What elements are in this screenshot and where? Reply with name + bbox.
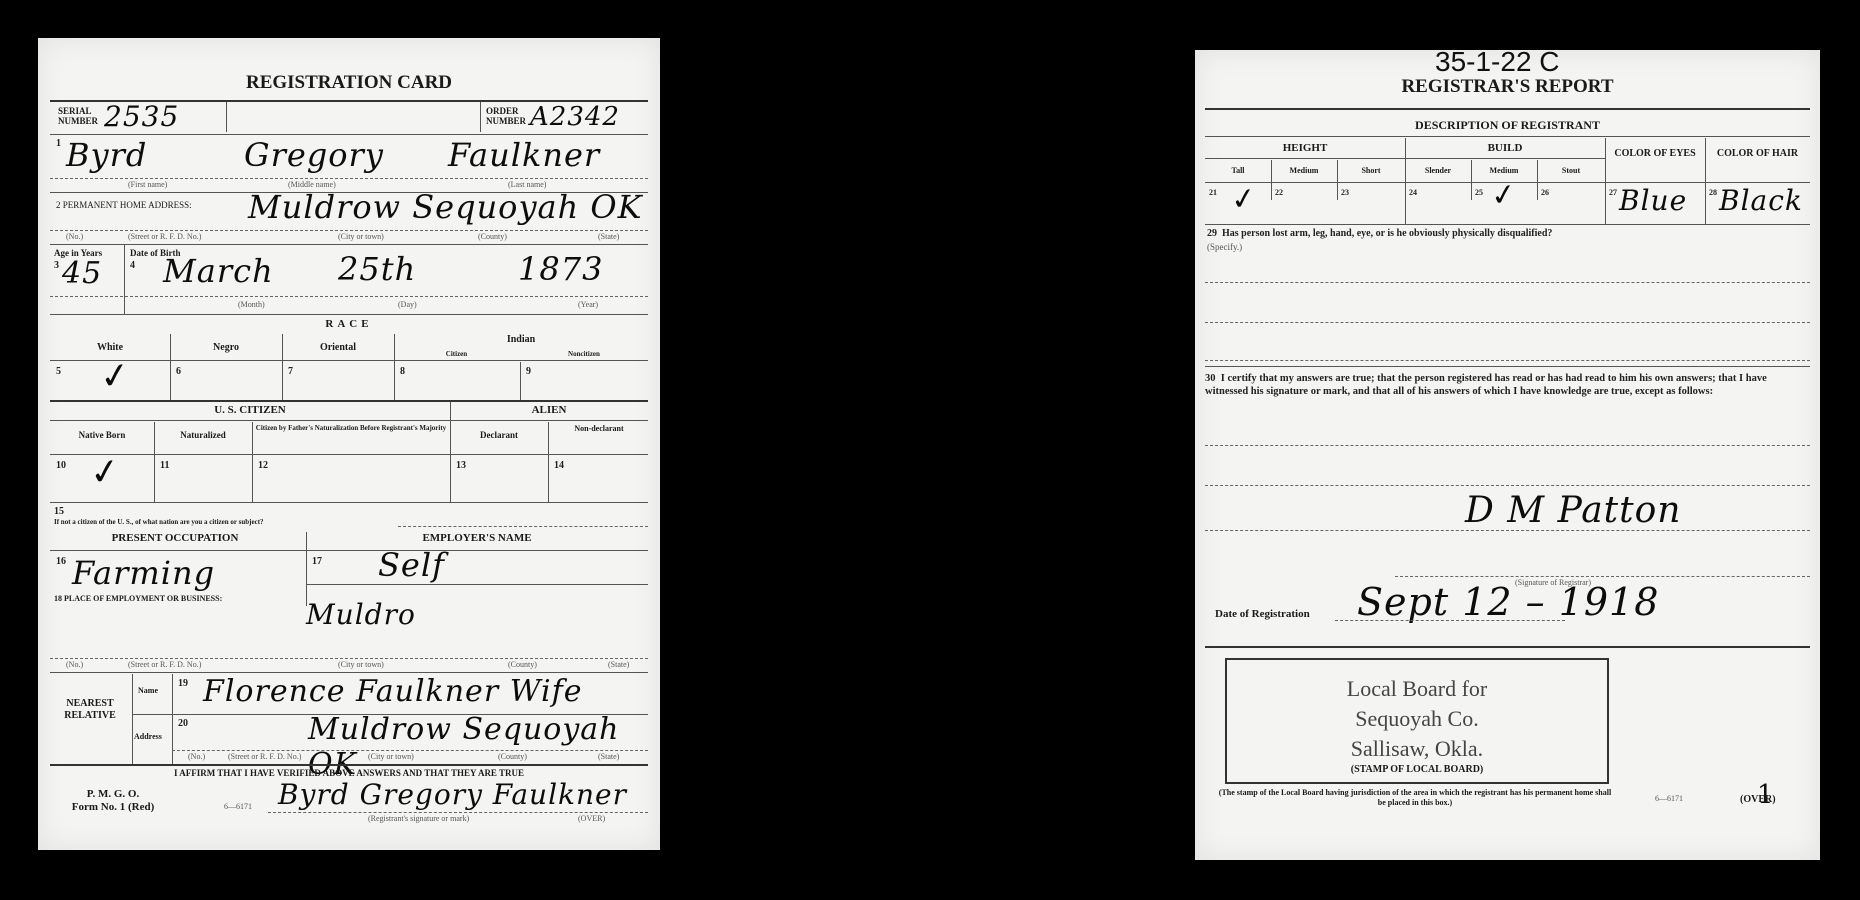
build-column-slender: Slender — [1405, 166, 1471, 175]
caption: (City or town) — [338, 660, 384, 669]
divider — [1395, 576, 1810, 577]
divider — [50, 178, 648, 179]
local-board-stamp-box: Local Board for Sequoyah Co. Sallisaw, O… — [1225, 658, 1609, 784]
height-column-medium: Medium — [1271, 166, 1337, 175]
divider — [268, 812, 648, 813]
caption: (State) — [608, 660, 629, 669]
employer-value: Self — [378, 546, 445, 584]
divider — [50, 502, 648, 503]
field-number: 12 — [258, 460, 268, 471]
order-number-value: A2342 — [530, 102, 620, 132]
q30-certification: 30 I certify that my answers are true; t… — [1205, 372, 1805, 398]
registration-card: REGISTRATION CARD SERIAL NUMBER 2535 ORD… — [38, 38, 660, 850]
field-number: 1 — [56, 138, 61, 149]
race-heading: RACE — [38, 318, 660, 330]
race-column-indian: Indian — [394, 334, 648, 345]
divider — [226, 102, 227, 132]
field-number: 30 — [1205, 373, 1216, 384]
caption: (County) — [508, 660, 537, 669]
caption: (First name) — [128, 180, 167, 189]
caption: (Year) — [578, 300, 598, 309]
employer-heading: EMPLOYER'S NAME — [306, 532, 648, 544]
divider — [124, 244, 125, 314]
field-number: 3 — [54, 260, 59, 271]
citizen-column-native-born: Native Born — [50, 430, 154, 440]
divider — [50, 658, 648, 659]
over-label: (OVER) — [578, 814, 605, 823]
divider — [1205, 224, 1810, 225]
first-name-value: Byrd — [66, 136, 147, 174]
q15-question: If not a citizen of the U. S., of what n… — [54, 518, 264, 526]
checkmark-icon: ✓ — [1229, 180, 1259, 218]
race-column-white: White — [50, 342, 170, 353]
checkmark-icon: ✓ — [97, 354, 133, 399]
q29-specify: (Specify.) — [1207, 242, 1242, 252]
alien-heading: ALIEN — [450, 404, 648, 416]
registrar-signature: D M Patton — [1465, 490, 1681, 531]
divider — [1205, 108, 1810, 110]
divider — [1205, 360, 1810, 361]
stamp-line: Sequoyah Co. — [1227, 704, 1607, 734]
caption: (Month) — [238, 300, 265, 309]
indian-citizen-label: Citizen — [394, 350, 519, 358]
caption: (Street or R. F. D. No.) — [228, 752, 301, 761]
serial-number-value: 2535 — [104, 100, 179, 133]
stamp-line: Local Board for — [1227, 674, 1607, 704]
checkmark-icon: ✓ — [87, 450, 123, 495]
field-number: 9 — [526, 366, 531, 377]
field-number: 6 — [176, 366, 181, 377]
home-address-value: Muldrow Sequoyah OK — [248, 188, 643, 226]
build-column-medium: Medium — [1471, 166, 1537, 175]
us-citizen-heading: U. S. CITIZEN — [50, 404, 450, 416]
field-number: 28 — [1709, 188, 1717, 197]
divider — [1205, 322, 1810, 323]
caption: (City or town) — [338, 232, 384, 241]
field-number: 4 — [130, 260, 135, 271]
dob-year-value: 1873 — [518, 250, 603, 288]
divider — [50, 134, 648, 135]
divider — [1205, 646, 1810, 648]
caption: (State) — [598, 752, 619, 761]
field-number: 27 — [1609, 188, 1617, 197]
middle-name-value: Gregory — [244, 136, 384, 174]
nearest-relative-label: NEAREST RELATIVE — [50, 698, 130, 722]
caption: (No.) — [66, 232, 83, 241]
divider — [50, 672, 648, 673]
field-number: 22 — [1275, 188, 1283, 197]
affirmation-text: I AFFIRM THAT I HAVE VERIFIED ABOVE ANSW… — [38, 768, 660, 778]
caption: (Street or R. F. D. No.) — [128, 232, 201, 241]
relative-address-label: Address — [134, 732, 162, 741]
divider — [50, 454, 648, 455]
field-number: 19 — [178, 678, 188, 689]
divider — [50, 420, 648, 421]
race-column-negro: Negro — [170, 342, 282, 353]
registrant-signature: Byrd Gregory Faulkner — [278, 778, 627, 811]
relative-name-label: Name — [138, 686, 158, 695]
field-number: 11 — [160, 460, 169, 471]
field-number: 29 — [1207, 228, 1217, 239]
q29-text: Has person lost arm, leg, hand, eye, or … — [1222, 228, 1552, 239]
height-column-tall: Tall — [1205, 166, 1271, 175]
build-column-stout: Stout — [1537, 166, 1605, 175]
card-title: REGISTRATION CARD — [38, 72, 660, 94]
divider — [548, 422, 549, 502]
height-column-short: Short — [1337, 166, 1405, 175]
form-id-line1: P. M. G. O. — [48, 788, 178, 800]
divider — [480, 102, 481, 132]
serial-number-label: SERIAL NUMBER — [58, 106, 102, 126]
stamp-caption: (STAMP OF LOCAL BOARD) — [1227, 764, 1607, 775]
divider — [1205, 136, 1810, 137]
field-number: 23 — [1341, 188, 1349, 197]
checkmark-icon: ✓ — [1489, 176, 1519, 214]
hair-color-heading: COLOR OF HAIR — [1705, 148, 1810, 160]
caption: (No.) — [66, 660, 83, 669]
field-number: 14 — [554, 460, 564, 471]
height-heading: HEIGHT — [1205, 142, 1405, 154]
field-number: 10 — [56, 460, 66, 471]
card-title: REGISTRAR'S REPORT — [1195, 76, 1820, 98]
field-number: 20 — [178, 718, 188, 729]
divider — [1205, 485, 1810, 486]
divider — [50, 400, 648, 402]
divider — [450, 402, 451, 502]
stamp-line: Sallisaw, Okla. — [1227, 734, 1607, 764]
caption: (City or town) — [368, 752, 414, 761]
order-number-label: ORDER NUMBER — [486, 106, 530, 126]
caption: (Day) — [398, 300, 417, 309]
form-id-line2: Form No. 1 (Red) — [48, 801, 178, 813]
field-number: 13 — [456, 460, 466, 471]
divider — [50, 244, 648, 245]
caption: (County) — [478, 232, 507, 241]
eye-color-heading: COLOR OF EYES — [1605, 148, 1705, 160]
field-number: 26 — [1541, 188, 1549, 197]
occupation-value: Farming — [72, 554, 215, 592]
divider — [306, 584, 648, 585]
q29-question: 29 Has person lost arm, leg, hand, eye, … — [1207, 228, 1552, 239]
divider — [398, 526, 648, 527]
alien-column-non-declarant: Non-declarant — [554, 424, 644, 434]
print-code: 6—6171 — [1655, 794, 1683, 803]
field-number: 24 — [1409, 188, 1417, 197]
field-number: 7 — [288, 366, 293, 377]
field-number: 16 — [56, 556, 66, 567]
home-address-label: 2 PERMANENT HOME ADDRESS: — [56, 200, 192, 210]
divider — [172, 750, 648, 751]
divider — [50, 230, 648, 231]
divider — [1205, 445, 1810, 446]
divider — [1335, 620, 1565, 621]
signature-caption: (Registrant's signature or mark) — [368, 814, 469, 823]
last-name-value: Faulkner — [448, 136, 600, 174]
build-heading: BUILD — [1405, 142, 1605, 154]
employment-place-label: 18 PLACE OF EMPLOYMENT OR BUSINESS: — [54, 594, 222, 603]
file-number: 35-1-22 C — [1435, 46, 1560, 78]
divider — [252, 422, 253, 502]
field-number: 5 — [56, 366, 61, 377]
divider — [50, 314, 648, 315]
field-number: 15 — [54, 506, 64, 517]
caption: (State) — [598, 232, 619, 241]
registration-date-value: Sept 12 – 1918 — [1357, 580, 1659, 624]
divider — [50, 296, 648, 297]
registrars-report-card: 35-1-22 C REGISTRAR'S REPORT DESCRIPTION… — [1195, 50, 1820, 860]
caption: (Street or R. F. D. No.) — [128, 660, 201, 669]
divider — [50, 360, 648, 361]
employment-place-value: Muldro — [306, 598, 416, 631]
occupation-heading: PRESENT OCCUPATION — [50, 532, 300, 544]
eye-color-value: Blue — [1619, 184, 1687, 217]
caption: (No.) — [188, 752, 205, 761]
alien-column-declarant: Declarant — [450, 430, 548, 440]
citizen-column-by-father: Citizen by Father's Naturalization Befor… — [252, 424, 450, 433]
q30-text: I certify that my answers are true; that… — [1205, 373, 1767, 397]
divider — [1205, 158, 1605, 159]
caption: (County) — [498, 752, 527, 761]
race-column-oriental: Oriental — [282, 342, 394, 353]
local-board-stamp: Local Board for Sequoyah Co. Sallisaw, O… — [1227, 674, 1607, 764]
age-value: 45 — [62, 256, 102, 291]
citizen-column-naturalized: Naturalized — [154, 430, 252, 440]
divider — [132, 674, 133, 764]
dob-day-value: 25th — [338, 250, 416, 288]
divider — [520, 362, 521, 400]
dob-month-value: March — [163, 252, 274, 290]
divider — [50, 550, 648, 551]
divider — [50, 764, 648, 766]
field-number: 21 — [1209, 188, 1217, 197]
over-label: (OVER) — [1740, 794, 1776, 805]
field-number: 17 — [312, 556, 322, 567]
print-code: 6—6171 — [224, 802, 252, 811]
indian-noncitizen-label: Noncitizen — [520, 350, 648, 358]
registration-date-label: Date of Registration — [1215, 608, 1310, 620]
field-number: 25 — [1475, 188, 1483, 197]
description-heading: DESCRIPTION OF REGISTRANT — [1195, 118, 1820, 133]
relative-name-value: Florence Faulkner Wife — [203, 674, 582, 709]
field-number: 8 — [400, 366, 405, 377]
divider — [1205, 366, 1810, 367]
divider — [1205, 282, 1810, 283]
stamp-note: (The stamp of the Local Board having jur… — [1215, 788, 1615, 808]
hair-color-value: Black — [1719, 184, 1803, 217]
